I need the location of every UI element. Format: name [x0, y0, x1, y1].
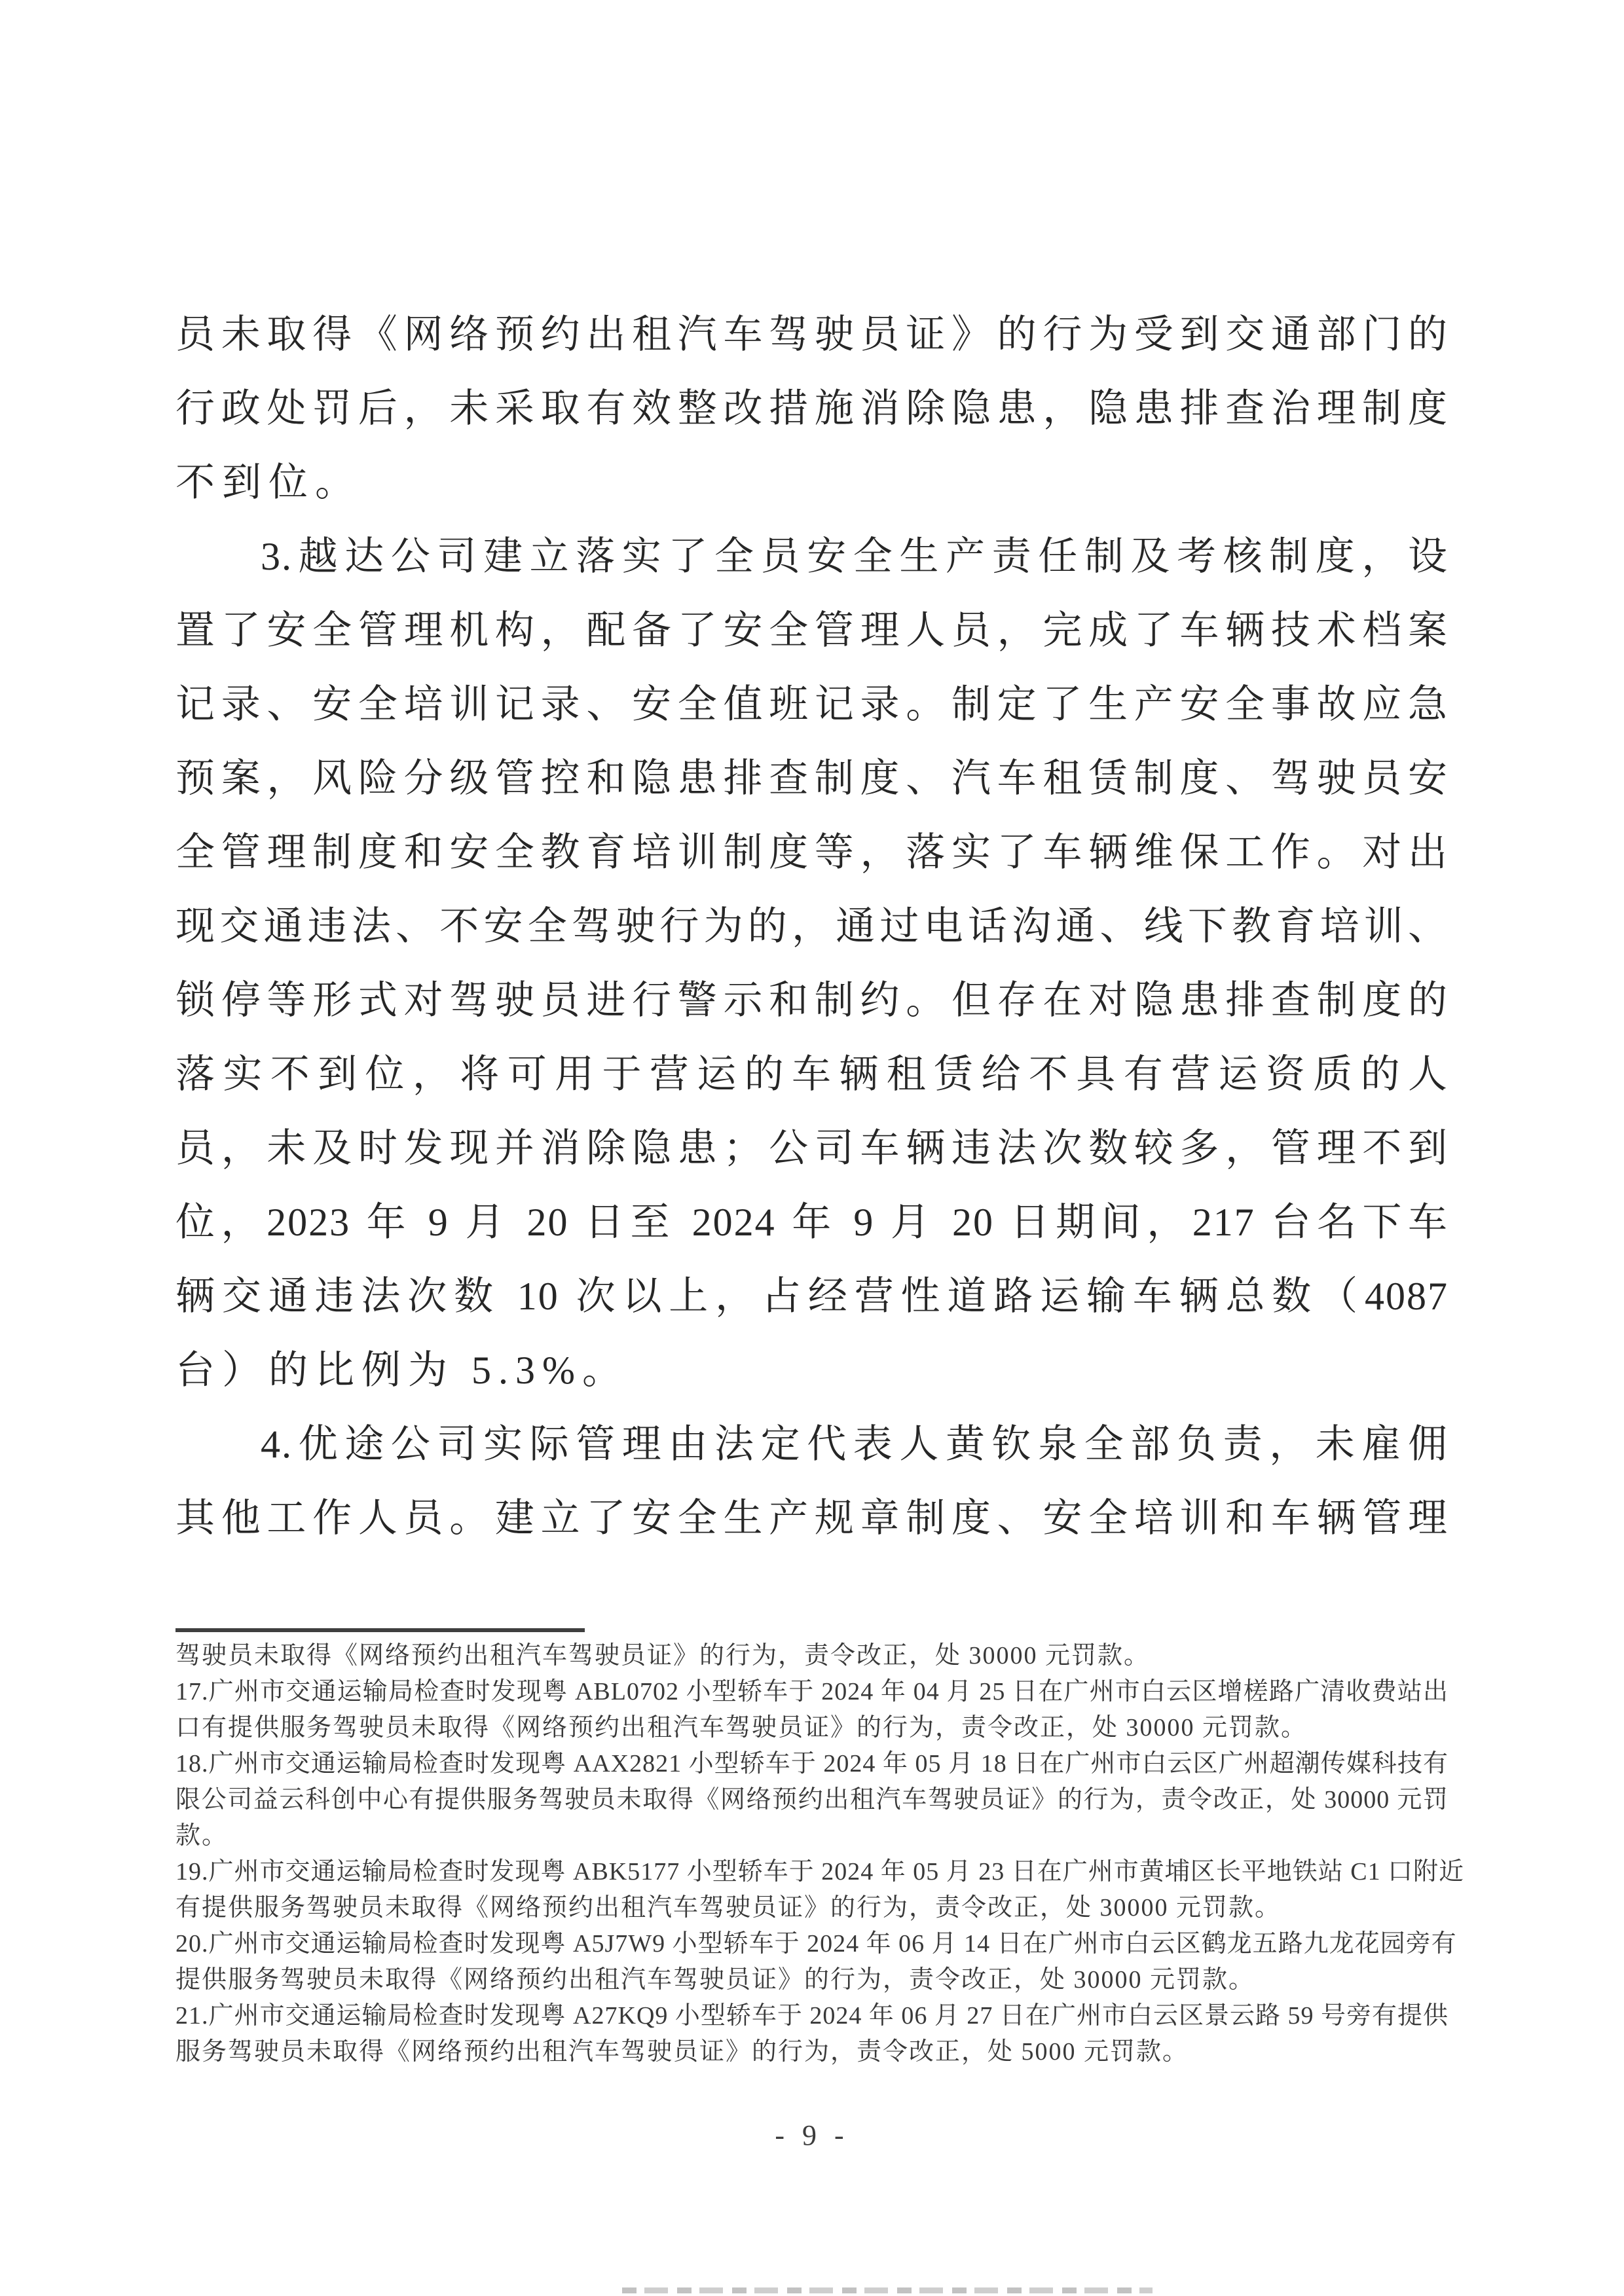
body-line: 行政处罚后，未采取有效整改措施消除隐患，隐患排查治理制度 — [175, 372, 1449, 446]
document-page: 员未取得《网络预约出租汽车驾驶员证》的行为受到交通部门的 行政处罚后，未采取有效… — [0, 0, 1624, 2296]
body-line: 台）的比例为 5.3%。 — [175, 1334, 1449, 1408]
body-line: 其他工作人员。建立了安全生产规章制度、安全培训和车辆管理 — [175, 1482, 1449, 1556]
body-line: 3.越达公司建立落实了全员安全生产责任制及考核制度，设 — [175, 520, 1449, 594]
body-line: 现交通违法、不安全驾驶行为的，通过电话沟通、线下教育培训、 — [175, 890, 1449, 964]
body-line: 预案，风险分级管控和隐患排查制度、汽车租赁制度、驾驶员安 — [175, 742, 1449, 816]
body-line: 全管理制度和安全教育培训制度等，落实了车辆维保工作。对出 — [175, 816, 1449, 890]
page-edge-artifact — [622, 2287, 1153, 2293]
body-line: 辆交通违法次数 10 次以上，占经营性道路运输车辆总数（4087 — [175, 1260, 1449, 1334]
footnote-line: 20.广州市交通运输局检查时发现粤 A5J7W9 小型轿车于 2024 年 06… — [175, 1926, 1449, 1962]
body-line: 记录、安全培训记录、安全值班记录。制定了生产安全事故应急 — [175, 668, 1449, 742]
footnote-separator — [175, 1628, 585, 1632]
page-number: - 9 - — [0, 2119, 1624, 2152]
body-line: 不到位。 — [175, 446, 1449, 520]
footnote-line: 口有提供服务驾驶员未取得《网络预约出租汽车驾驶员证》的行为，责令改正，处 300… — [175, 1710, 1449, 1746]
body-line: 员未取得《网络预约出租汽车驾驶员证》的行为受到交通部门的 — [175, 298, 1449, 372]
body-line: 4.优途公司实际管理由法定代表人黄钦泉全部负责，未雇佣 — [175, 1408, 1449, 1482]
footnote-line: 服务驾驶员未取得《网络预约出租汽车驾驶员证》的行为，责令改正，处 5000 元罚… — [175, 2034, 1449, 2070]
footnote-line: 有提供服务驾驶员未取得《网络预约出租汽车驾驶员证》的行为，责令改正，处 3000… — [175, 1890, 1449, 1926]
body-text-block: 员未取得《网络预约出租汽车驾驶员证》的行为受到交通部门的 行政处罚后，未采取有效… — [175, 298, 1449, 1556]
body-line: 落实不到位，将可用于营运的车辆租赁给不具有营运资质的人 — [175, 1038, 1449, 1112]
footnote-line: 21.广州市交通运输局检查时发现粤 A27KQ9 小型轿车于 2024 年 06… — [175, 1998, 1449, 2034]
body-line: 置了安全管理机构，配备了安全管理人员，完成了车辆技术档案 — [175, 594, 1449, 668]
footnote-line: 驾驶员未取得《网络预约出租汽车驾驶员证》的行为，责令改正，处 30000 元罚款… — [175, 1638, 1449, 1674]
footnote-line: 款。 — [175, 1818, 1449, 1854]
footnote-line: 限公司益云科创中心有提供服务驾驶员未取得《网络预约出租汽车驾驶员证》的行为，责令… — [175, 1782, 1449, 1818]
body-line: 员，未及时发现并消除隐患；公司车辆违法次数较多，管理不到 — [175, 1112, 1449, 1186]
footnotes-block: 驾驶员未取得《网络预约出租汽车驾驶员证》的行为，责令改正，处 30000 元罚款… — [175, 1638, 1449, 2070]
footnote-line: 18.广州市交通运输局检查时发现粤 AAX2821 小型轿车于 2024 年 0… — [175, 1746, 1449, 1782]
footnote-line: 17.广州市交通运输局检查时发现粤 ABL0702 小型轿车于 2024 年 0… — [175, 1674, 1449, 1710]
footnote-line: 提供服务驾驶员未取得《网络预约出租汽车驾驶员证》的行为，责令改正，处 30000… — [175, 1962, 1449, 1998]
footnote-line: 19.广州市交通运输局检查时发现粤 ABK5177 小型轿车于 2024 年 0… — [175, 1854, 1449, 1890]
body-line: 锁停等形式对驾驶员进行警示和制约。但存在对隐患排查制度的 — [175, 964, 1449, 1038]
body-line: 位，2023 年 9 月 20 日至 2024 年 9 月 20 日期间，217… — [175, 1186, 1449, 1260]
